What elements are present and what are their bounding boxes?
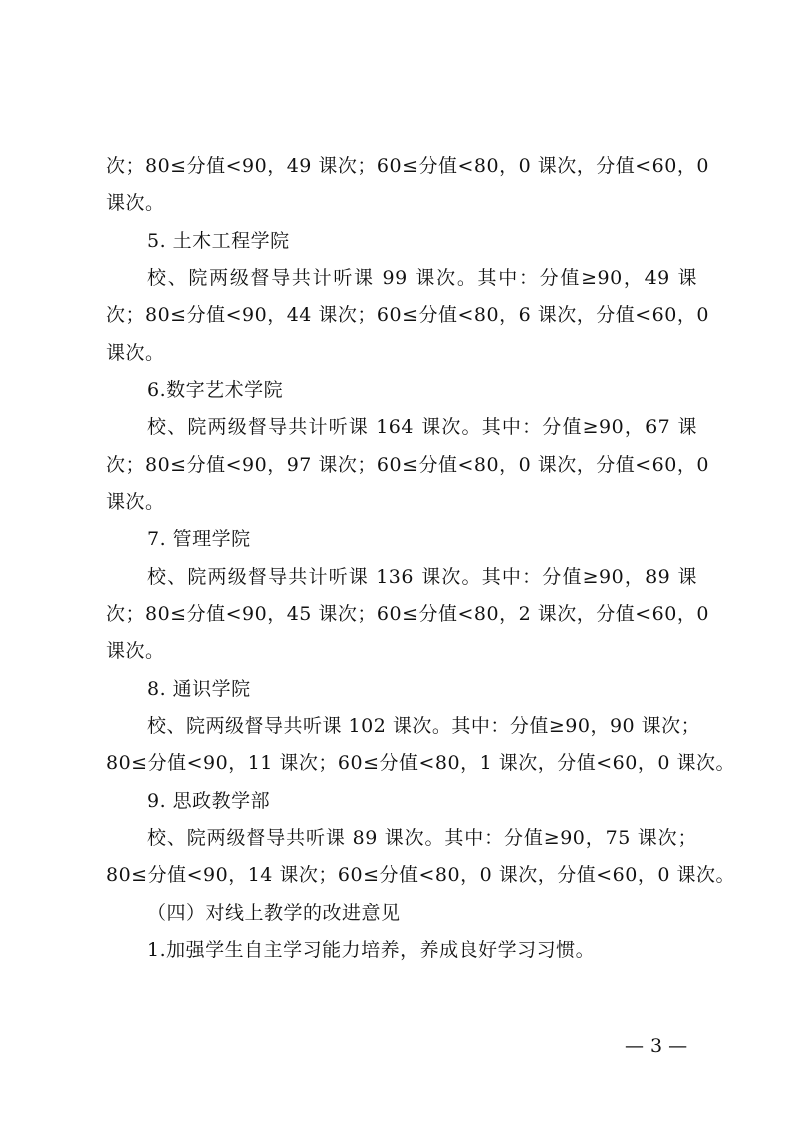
paragraph-line: 课次。 [106, 342, 696, 364]
paragraph-line: 校、院两级督导共听课 89 课次。其中：分值≥90，75 课次； [147, 827, 697, 849]
section-heading: 5. 土木工程学院 [147, 230, 697, 252]
section-heading: 8. 通识学院 [147, 678, 697, 700]
paragraph-line: 课次。 [106, 192, 696, 214]
paragraph-line: 课次。 [106, 491, 696, 513]
page-number: — 3 — [625, 1035, 687, 1057]
paragraph-line: 课次。 [106, 640, 696, 662]
subsection-heading: （四）对线上教学的改进意见 [147, 902, 697, 924]
paragraph-line: 1.加强学生自主学习能力培养，养成良好学习习惯。 [147, 939, 697, 961]
paragraph-line: 80≤分值<90，11 课次；60≤分值<80，1 课次，分值<60，0 课次。 [106, 752, 696, 774]
section-heading: 6.数字艺术学院 [147, 379, 697, 401]
paragraph-line: 校、院两级督导共计听课 164 课次。其中：分值≥90，67 课 [147, 416, 697, 438]
section-heading: 9. 思政教学部 [147, 790, 697, 812]
paragraph-line: 校、院两级督导共听课 102 课次。其中：分值≥90，90 课次； [147, 715, 697, 737]
paragraph-line: 校、院两级督导共计听课 99 课次。其中：分值≥90，49 课 [147, 267, 697, 289]
document-page: 次；80≤分值<90，49 课次；60≤分值<80，0 课次，分值<60，0 课… [0, 0, 793, 1122]
paragraph-line: 次；80≤分值<90，49 课次；60≤分值<80，0 课次，分值<60，0 [106, 155, 696, 177]
paragraph-line: 次；80≤分值<90，44 课次；60≤分值<80，6 课次，分值<60，0 [106, 304, 696, 326]
section-heading: 7. 管理学院 [147, 528, 697, 550]
paragraph-line: 次；80≤分值<90，45 课次；60≤分值<80，2 课次，分值<60，0 [106, 603, 696, 625]
paragraph-line: 80≤分值<90，14 课次；60≤分值<80，0 课次，分值<60，0 课次。 [106, 864, 696, 886]
paragraph-line: 次；80≤分值<90，97 课次；60≤分值<80，0 课次，分值<60，0 [106, 454, 696, 476]
paragraph-line: 校、院两级督导共计听课 136 课次。其中：分值≥90，89 课 [147, 566, 697, 588]
